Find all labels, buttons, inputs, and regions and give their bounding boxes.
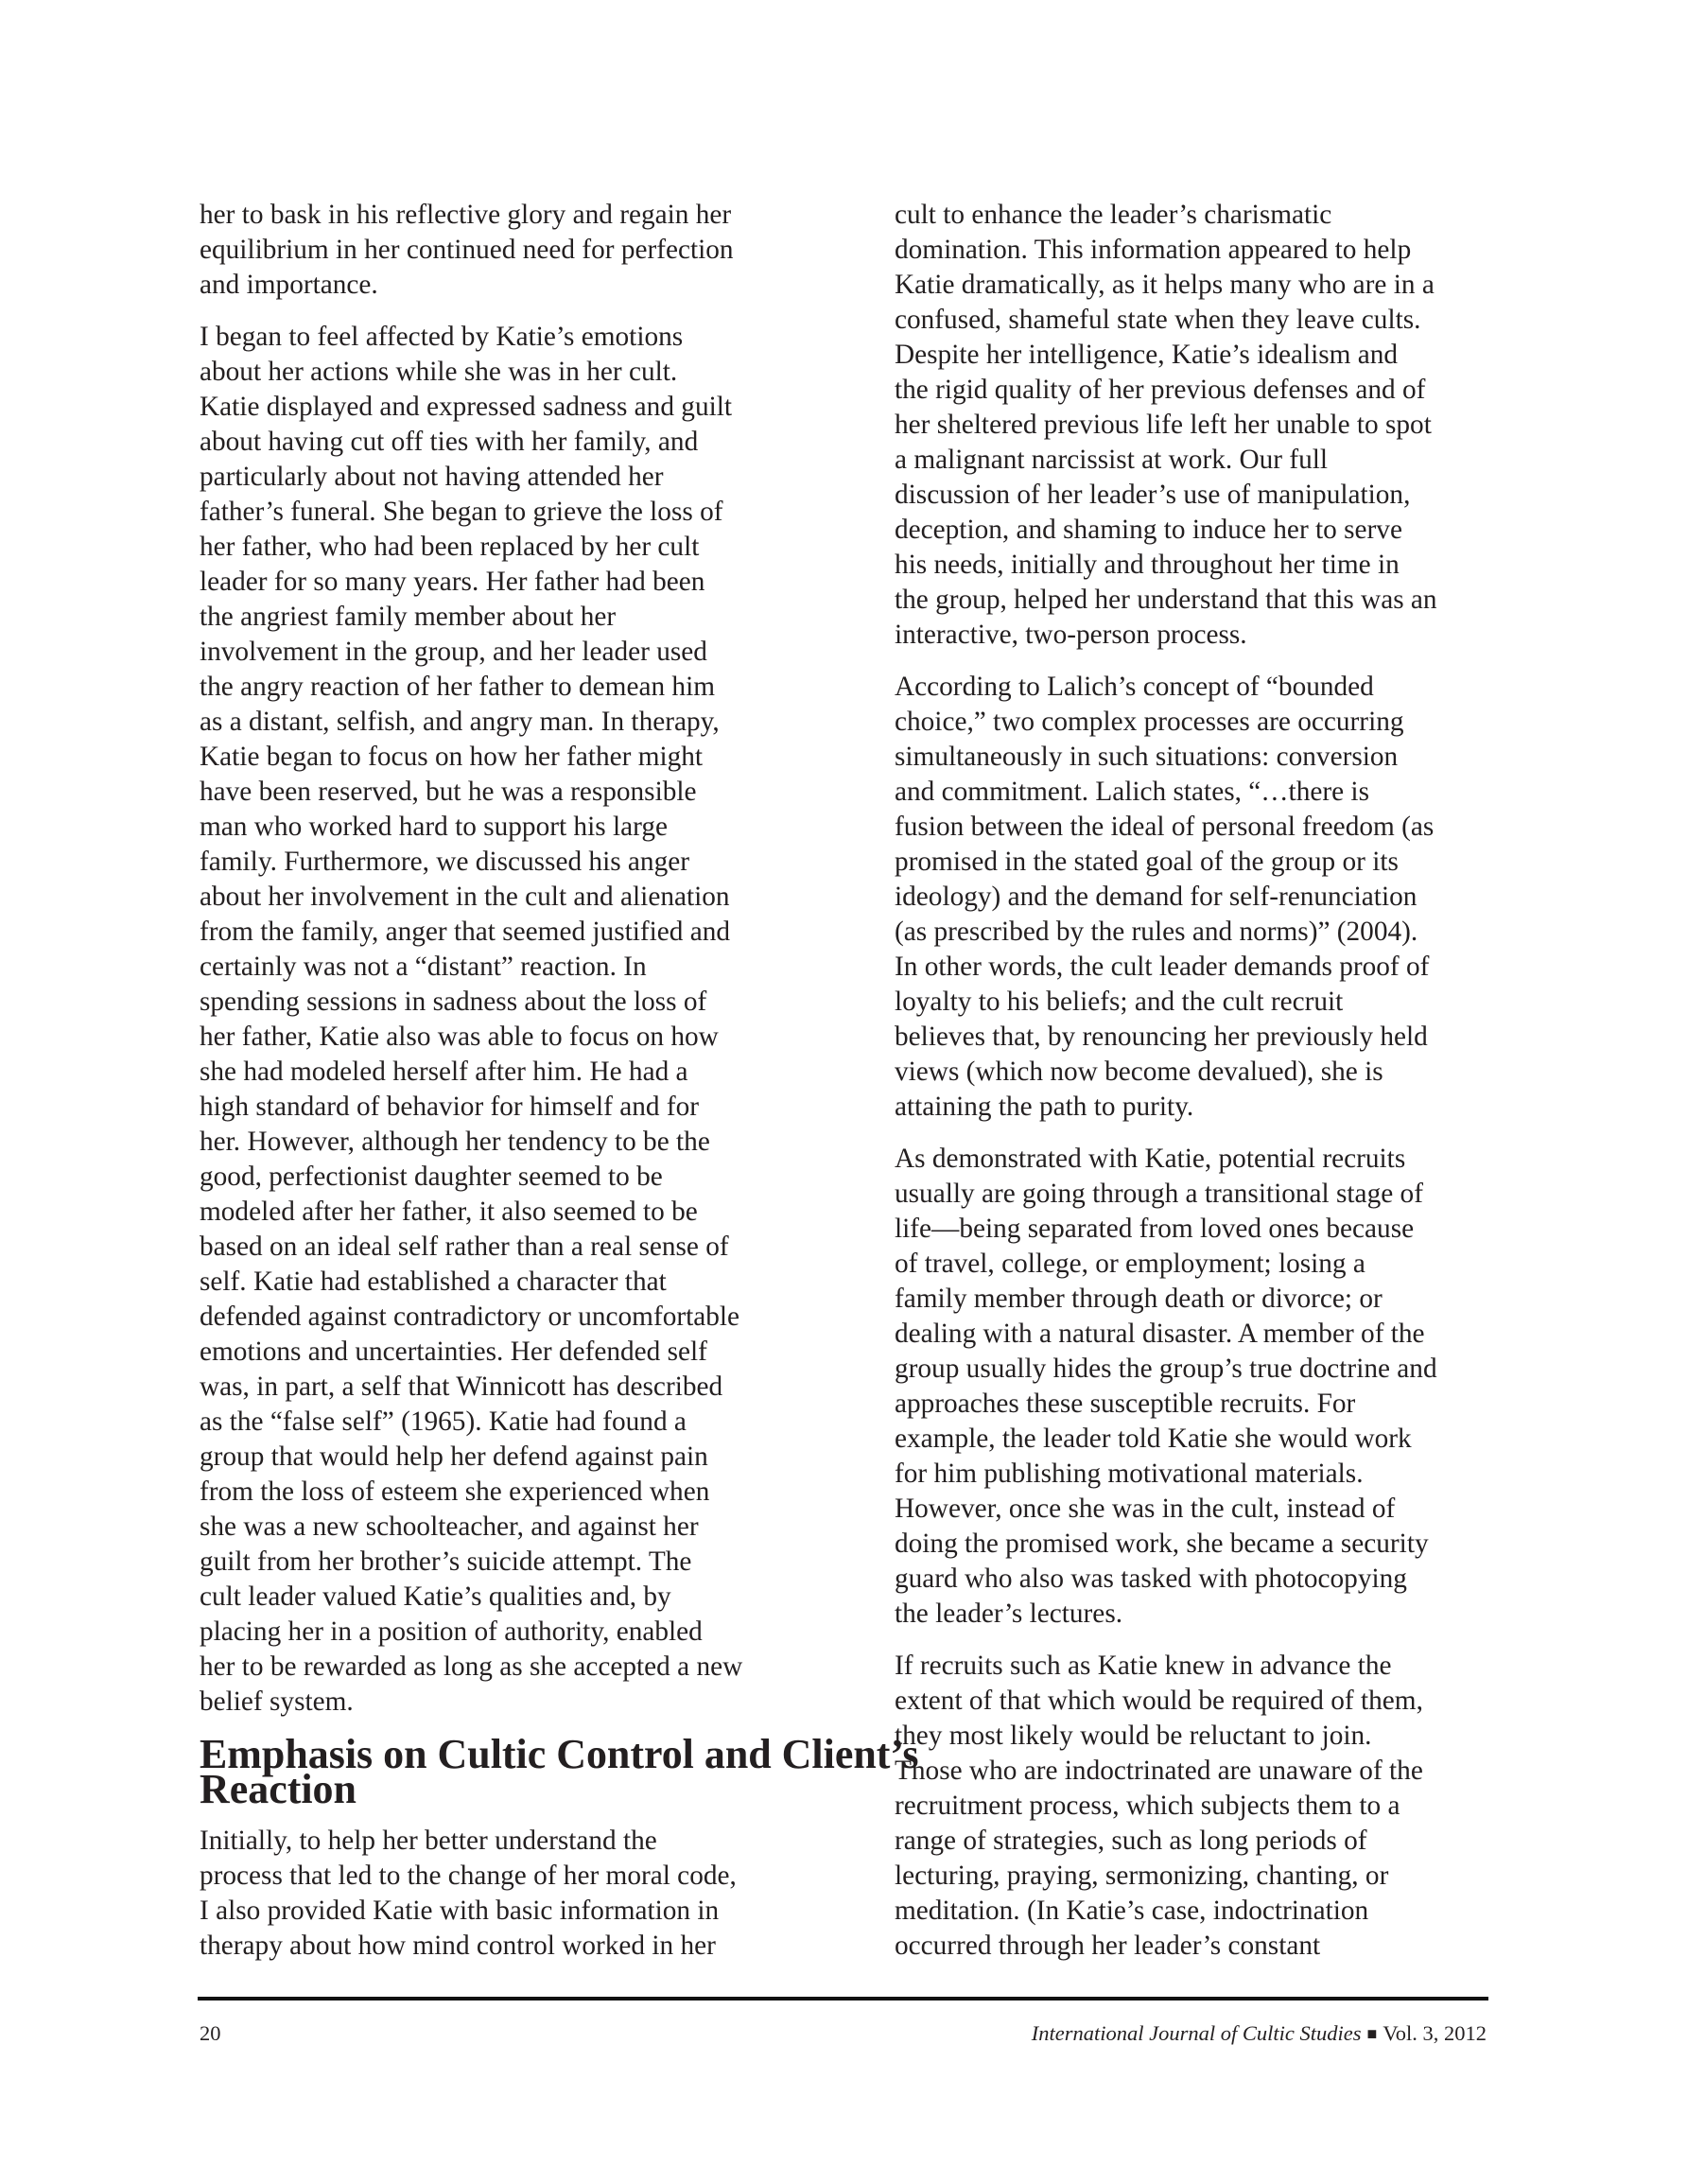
text-line: self. Katie had established a character … xyxy=(200,1265,824,1300)
text-line: father’s funeral. She began to grieve th… xyxy=(200,495,824,530)
text-line: simultaneously in such situations: conve… xyxy=(895,740,1519,775)
text-line: high standard of behavior for himself an… xyxy=(200,1090,824,1125)
text-line: guard who also was tasked with photocopy… xyxy=(895,1562,1519,1597)
text-line: group that would help her defend against… xyxy=(200,1440,824,1475)
text-line: extent of that which would be required o… xyxy=(895,1684,1519,1719)
right-column: cult to enhance the leader’s charismatic… xyxy=(895,198,1519,1981)
text-line: the angriest family member about her xyxy=(200,600,824,635)
paragraph: I began to feel affected by Katie’s emot… xyxy=(200,320,824,1720)
text-line: According to Lalich’s concept of “bounde… xyxy=(895,670,1519,705)
text-line: therapy about how mind control worked in… xyxy=(200,1929,824,1964)
text-line: group usually hides the group’s true doc… xyxy=(895,1352,1519,1387)
text-line: loyalty to his beliefs; and the cult rec… xyxy=(895,985,1519,1020)
text-line: occurred through her leader’s constant xyxy=(895,1929,1519,1964)
text-line: certainly was not a “distant” reaction. … xyxy=(200,950,824,985)
text-line: family. Furthermore, we discussed his an… xyxy=(200,845,824,880)
text-line: the group, helped her understand that th… xyxy=(895,583,1519,618)
text-line: the rigid quality of her previous defens… xyxy=(895,373,1519,408)
text-line: choice,” two complex processes are occur… xyxy=(895,705,1519,740)
section-heading: Emphasis on Cultic Control and Client’sR… xyxy=(200,1737,824,1807)
text-line: dealing with a natural disaster. A membe… xyxy=(895,1317,1519,1352)
text-line: involvement in the group, and her leader… xyxy=(200,635,824,670)
text-line: from the loss of esteem she experienced … xyxy=(200,1475,824,1510)
text-line: deception, and shaming to induce her to … xyxy=(895,513,1519,548)
text-line: she had modeled herself after him. He ha… xyxy=(200,1055,824,1090)
text-line: from the family, anger that seemed justi… xyxy=(200,915,824,950)
text-line: recruitment process, which subjects them… xyxy=(895,1789,1519,1824)
text-line: Katie dramatically, as it helps many who… xyxy=(895,268,1519,303)
text-line: they most likely would be reluctant to j… xyxy=(895,1719,1519,1754)
text-line: and commitment. Lalich states, “…there i… xyxy=(895,775,1519,810)
text-line: As demonstrated with Katie, potential re… xyxy=(895,1142,1519,1177)
text-line: believes that, by renouncing her previou… xyxy=(895,1020,1519,1055)
text-line: cult leader valued Katie’s qualities and… xyxy=(200,1580,824,1615)
text-line: his needs, initially and throughout her … xyxy=(895,548,1519,583)
text-line: confused, shameful state when they leave… xyxy=(895,303,1519,338)
text-line: range of strategies, such as long period… xyxy=(895,1824,1519,1859)
text-line: cult to enhance the leader’s charismatic xyxy=(895,198,1519,233)
text-line: I also provided Katie with basic informa… xyxy=(200,1894,824,1929)
text-line: have been reserved, but he was a respons… xyxy=(200,775,824,810)
text-line: emotions and uncertainties. Her defended… xyxy=(200,1335,824,1370)
text-line: spending sessions in sadness about the l… xyxy=(200,985,824,1020)
text-line: particularly about not having attended h… xyxy=(200,460,824,495)
text-line: her sheltered previous life left her una… xyxy=(895,408,1519,443)
text-line: and importance. xyxy=(200,268,824,303)
text-line: about her actions while she was in her c… xyxy=(200,355,824,390)
text-line: Katie began to focus on how her father m… xyxy=(200,740,824,775)
text-line: approaches these susceptible recruits. F… xyxy=(895,1387,1519,1422)
text-line: for him publishing motivational material… xyxy=(895,1457,1519,1492)
text-line: modeled after her father, it also seemed… xyxy=(200,1195,824,1230)
text-line: life—being separated from loved ones bec… xyxy=(895,1212,1519,1247)
text-line: Katie displayed and expressed sadness an… xyxy=(200,390,824,425)
paragraph: If recruits such as Katie knew in advanc… xyxy=(895,1649,1519,1964)
text-line: If recruits such as Katie knew in advanc… xyxy=(895,1649,1519,1684)
text-line: as a distant, selfish, and angry man. In… xyxy=(200,705,824,740)
text-line: about her involvement in the cult and al… xyxy=(200,880,824,915)
text-line: meditation. (In Katie’s case, indoctrina… xyxy=(895,1894,1519,1929)
text-line: her father, who had been replaced by her… xyxy=(200,530,824,565)
page-number: 20 xyxy=(200,2020,221,2047)
text-line: domination. This information appeared to… xyxy=(895,233,1519,268)
text-line: Despite her intelligence, Katie’s ideali… xyxy=(895,338,1519,373)
volume-info: Vol. 3, 2012 xyxy=(1383,2021,1487,2045)
text-line: equilibrium in her continued need for pe… xyxy=(200,233,824,268)
text-line: I began to feel affected by Katie’s emot… xyxy=(200,320,824,355)
text-line: doing the promised work, she became a se… xyxy=(895,1527,1519,1562)
text-line: example, the leader told Katie she would… xyxy=(895,1422,1519,1457)
text-line: about having cut off ties with her famil… xyxy=(200,425,824,460)
paragraph: cult to enhance the leader’s charismatic… xyxy=(895,198,1519,653)
text-line: her to be rewarded as long as she accept… xyxy=(200,1650,824,1685)
paragraph: Initially, to help her better understand… xyxy=(200,1824,824,1964)
text-line: her to bask in his reflective glory and … xyxy=(200,198,824,233)
text-line: ideology) and the demand for self-renunc… xyxy=(895,880,1519,915)
text-line: (as prescribed by the rules and norms)” … xyxy=(895,915,1519,950)
text-line: promised in the stated goal of the group… xyxy=(895,845,1519,880)
journal-title: International Journal of Cultic Studies xyxy=(1032,2021,1362,2045)
text-line: interactive, two-person process. xyxy=(895,618,1519,653)
paragraph: As demonstrated with Katie, potential re… xyxy=(895,1142,1519,1632)
paragraph: her to bask in his reflective glory and … xyxy=(200,198,824,303)
text-line: a malignant narcissist at work. Our full xyxy=(895,443,1519,478)
text-line: good, perfectionist daughter seemed to b… xyxy=(200,1160,824,1195)
text-line: man who worked hard to support his large xyxy=(200,810,824,845)
text-line: In other words, the cult leader demands … xyxy=(895,950,1519,985)
text-line: process that led to the change of her mo… xyxy=(200,1859,824,1894)
text-line: belief system. xyxy=(200,1685,824,1720)
text-line: was, in part, a self that Winnicott has … xyxy=(200,1370,824,1405)
text-line: lecturing, praying, sermonizing, chantin… xyxy=(895,1859,1519,1894)
text-line: her father, Katie also was able to focus… xyxy=(200,1020,824,1055)
running-footer: International Journal of Cultic Studies■… xyxy=(1032,2020,1487,2048)
footer-rule xyxy=(198,1997,1488,2001)
square-bullet-icon: ■ xyxy=(1367,2024,1378,2043)
text-line: leader for so many years. Her father had… xyxy=(200,565,824,600)
text-line: fusion between the ideal of personal fre… xyxy=(895,810,1519,845)
text-line: placing her in a position of authority, … xyxy=(200,1615,824,1650)
text-line: as the “false self” (1965). Katie had fo… xyxy=(200,1405,824,1440)
text-line: Initially, to help her better understand… xyxy=(200,1824,824,1859)
text-line: family member through death or divorce; … xyxy=(895,1282,1519,1317)
document-page: her to bask in his reflective glory and … xyxy=(0,0,1687,2184)
text-line: guilt from her brother’s suicide attempt… xyxy=(200,1545,824,1580)
left-column: her to bask in his reflective glory and … xyxy=(200,198,824,1981)
paragraph: According to Lalich’s concept of “bounde… xyxy=(895,670,1519,1125)
text-line: discussion of her leader’s use of manipu… xyxy=(895,478,1519,513)
text-line: of travel, college, or employment; losin… xyxy=(895,1247,1519,1282)
text-line: Those who are indoctrinated are unaware … xyxy=(895,1754,1519,1789)
text-line: the leader’s lectures. xyxy=(895,1597,1519,1632)
text-line: defended against contradictory or uncomf… xyxy=(200,1300,824,1335)
text-line: her. However, although her tendency to b… xyxy=(200,1125,824,1160)
text-line: However, once she was in the cult, inste… xyxy=(895,1492,1519,1527)
text-line: views (which now become devalued), she i… xyxy=(895,1055,1519,1090)
text-line: the angry reaction of her father to deme… xyxy=(200,670,824,705)
text-line: she was a new schoolteacher, and against… xyxy=(200,1510,824,1545)
text-line: usually are going through a transitional… xyxy=(895,1177,1519,1212)
text-line: based on an ideal self rather than a rea… xyxy=(200,1230,824,1265)
text-line: attaining the path to purity. xyxy=(895,1090,1519,1125)
